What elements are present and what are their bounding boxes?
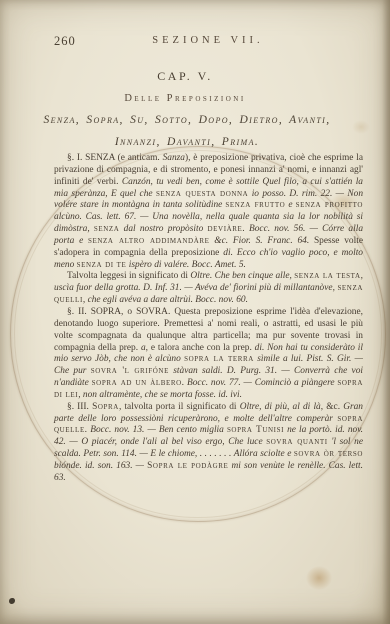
- paragraph: §. III. Sopra, talvolta porta il signifi…: [54, 402, 363, 485]
- chapter-heading: CAP. V.: [0, 69, 370, 84]
- page-header: 260 SEZIONE VII.: [54, 34, 362, 50]
- paragraph: §. I. SENZA (e anticam. Sanza), è prepos…: [54, 153, 363, 271]
- paragraph: §. II. SOPRA, o SOVRA. Questa preposizio…: [54, 307, 363, 402]
- book-page: 260 SEZIONE VII. CAP. V. Delle Preposizi…: [0, 0, 390, 624]
- paragraph: Talvolta leggesi in significato di Oltre…: [54, 271, 363, 307]
- prepositions-list-line1: Senza, Sopra, Su, Sotto, Dopo, Dietro, A…: [0, 114, 374, 126]
- body-paragraphs: §. I. SENZA (e anticam. Sanza), è prepos…: [54, 153, 363, 485]
- page-content: 260 SEZIONE VII. CAP. V. Delle Preposizi…: [0, 0, 390, 624]
- running-header: SEZIONE VII.: [54, 35, 362, 46]
- prepositions-list-line2: Innanzi, Davanti, Prima.: [0, 136, 374, 148]
- subject-heading: Delle Preposizioni: [0, 93, 370, 104]
